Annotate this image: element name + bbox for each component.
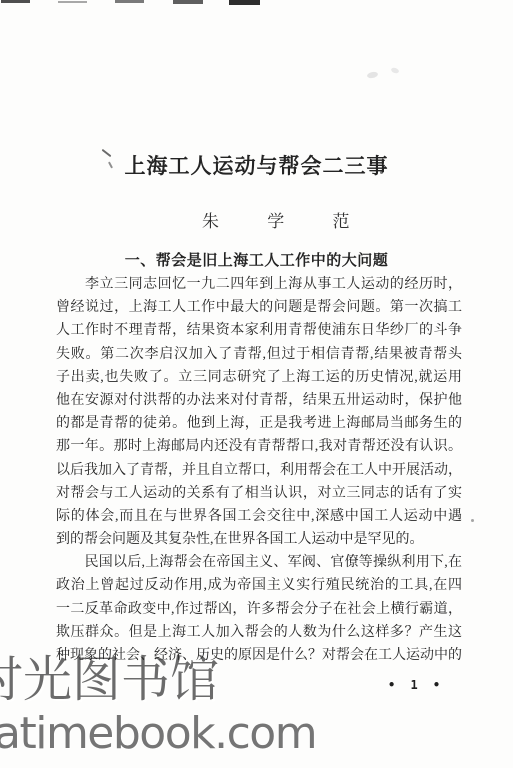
body-text-line: 政治上曾起过反动作用,成为帝国主义实行殖民统治的工具,在四 <box>56 574 462 597</box>
scanned-book-page: 上海工人运动与帮会二三事 朱 学 范 一、帮会是旧上海工人工作中的大问题 李立三… <box>0 0 513 768</box>
body-text-line: 那一年。那时上海邮局内还没有青帮帮口,我对青帮还没有认识。 <box>56 435 462 458</box>
section-heading: 一、帮会是旧上海工人工作中的大问题 <box>0 249 513 270</box>
body-text-line: 种现象的社会、经济、历史的原因是什么？对帮会在工人运动中的 <box>56 644 462 667</box>
body-text-line: 对帮会与工人运动的关系有了相当认识，对立三同志的话有了实 <box>56 482 462 505</box>
body-text-line: 以后我加入了青帮，并且自立帮口，利用帮会在工人中开展活动， <box>56 459 462 482</box>
page-title: 上海工人运动与帮会二三事 <box>0 150 513 180</box>
body-text-line: 他在安源对付洪帮的办法来对付青帮，结果五卅运动时，保护他 <box>56 389 462 412</box>
body-text-line: 李立三同志回忆一九二四年到上海从事工人运动的经历时， <box>56 273 462 296</box>
scan-smudge <box>366 71 378 79</box>
body-text-line: 到的帮会问题及其复杂性,在世界各国工人运动中是罕见的。 <box>56 528 462 551</box>
body-text-line: 际的体会,而且在与世界各国工会交往中,深感中国工人运动中遇 <box>56 505 462 528</box>
scan-artifact-bar-3 <box>115 0 144 3</box>
watermark-site-url: atimebook.com <box>0 706 316 762</box>
scan-artifact-bar-2 <box>58 1 87 3</box>
body-text-line: 曾经说过，上海工人工作中最大的问题是帮会问题。第一次搞工 <box>56 296 462 319</box>
body-text-line: 失败。第二次李启汉加入了青帮,但过于相信青帮,结果被青帮头 <box>56 343 462 366</box>
ink-dot <box>471 519 474 522</box>
scan-artifact-bar-1 <box>1 0 30 3</box>
page-number: • 1 • <box>388 678 444 692</box>
author-name: 朱 学 范 <box>202 207 350 232</box>
body-text-line: 一二反革命政变中,作过帮凶，许多帮会分子在社会上横行霸道， <box>56 598 462 621</box>
scan-artifact-bar-5 <box>229 0 260 5</box>
body-text-line: 人工作时不理青帮，结果资本家利用青帮使浦东日华纱厂的斗争 <box>56 319 462 342</box>
scan-artifact-bar-4 <box>173 0 203 4</box>
body-text-line: 子出卖,也失败了。立三同志研究了上海工运的历史情况,就运用 <box>56 366 462 389</box>
body-text-line: 欺压群众。但是上海工人加入帮会的人数为什么这样多？产生这 <box>56 621 462 644</box>
scan-smudge <box>390 67 399 74</box>
body-text-line: 民国以后,上海帮会在帝国主义、军阀、官僚等操纵利用下,在 <box>56 551 462 574</box>
body-text-line: 的都是青帮的徒弟。他到上海，正是我考进上海邮局当邮务生的 <box>56 412 462 435</box>
body-text: 李立三同志回忆一九二四年到上海从事工人运动的经历时，曾经说过，上海工人工作中最大… <box>56 273 462 667</box>
